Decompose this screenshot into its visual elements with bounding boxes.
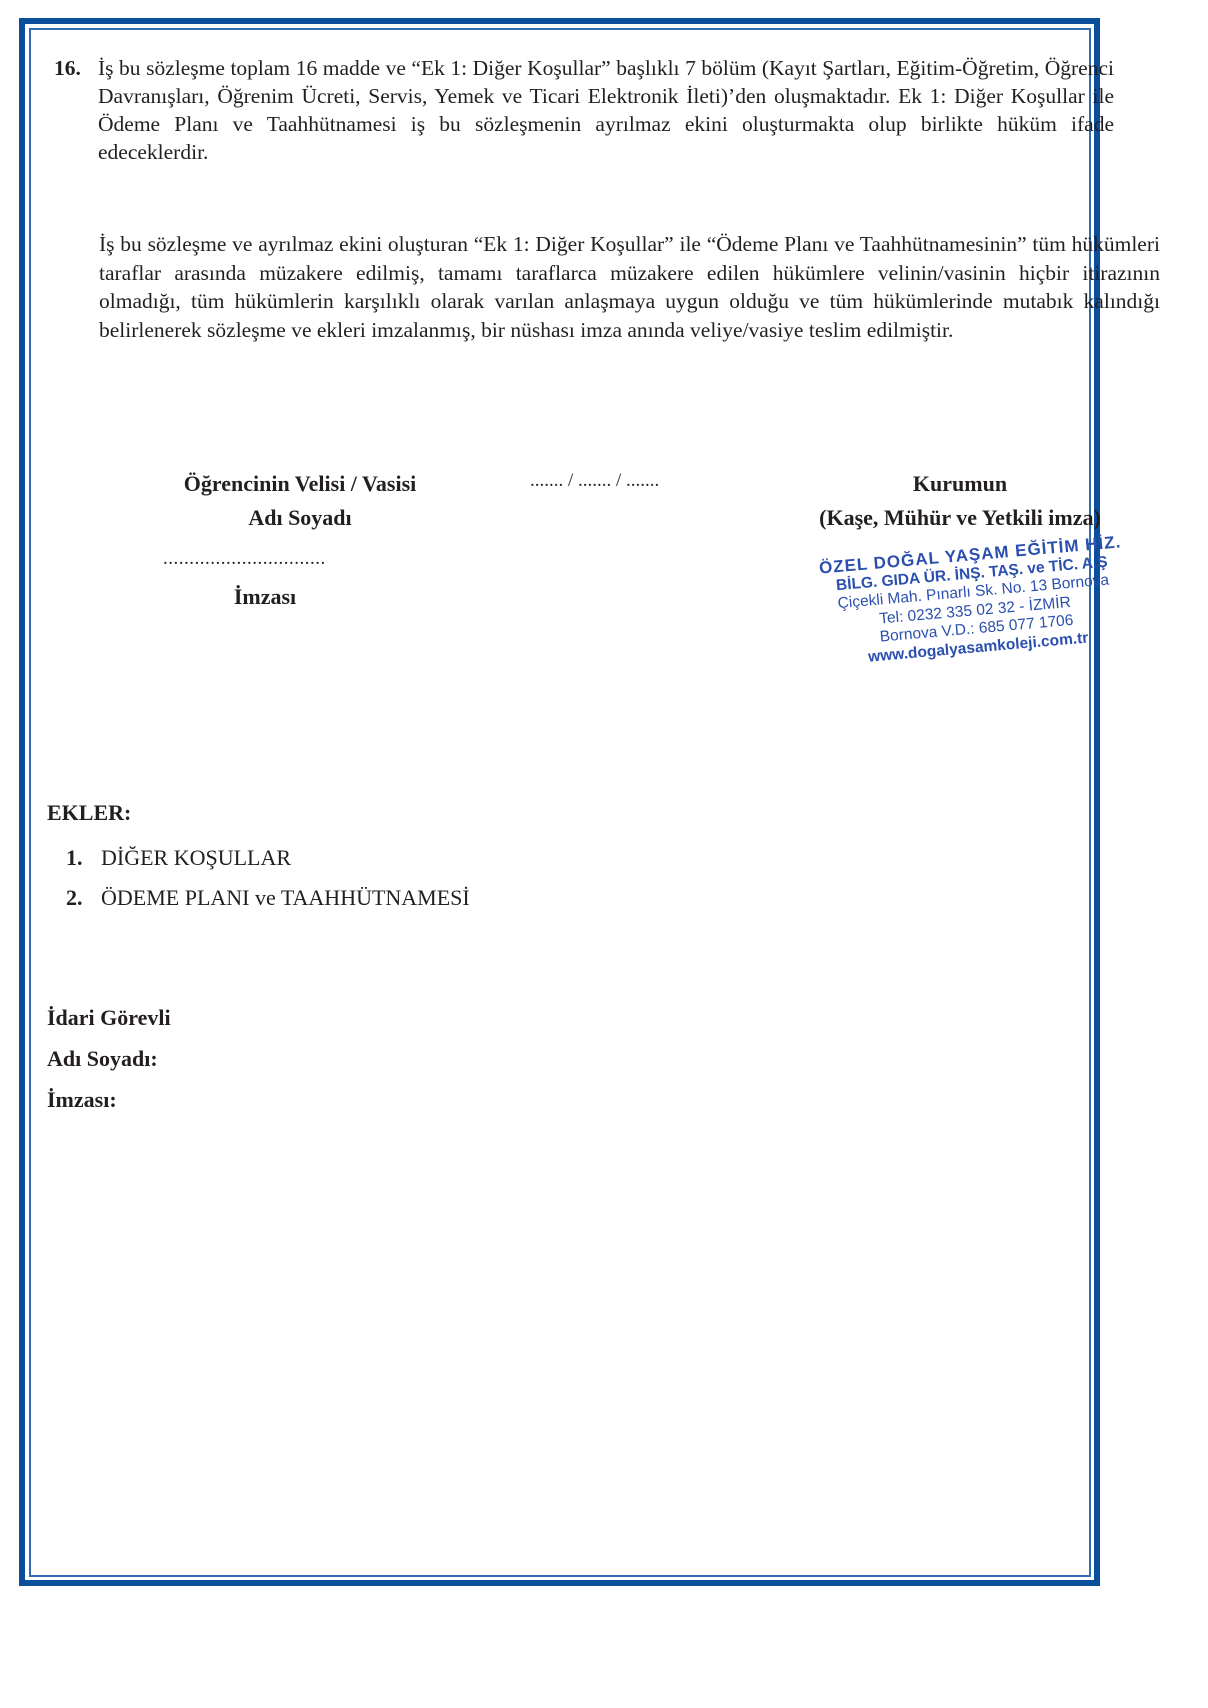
institution-signature-block: Kurumun (Kaşe, Mühür ve Yetkili imza) <box>770 467 1150 535</box>
institution-title: Kurumun <box>770 467 1150 501</box>
attachment-label: DİĞER KOŞULLAR <box>101 845 291 870</box>
officer-title: İdari Görevli <box>47 997 171 1038</box>
attachments-list: 1.DİĞER KOŞULLAR 2.ÖDEME PLANI ve TAAHHÜ… <box>66 838 470 918</box>
attachment-item: 1.DİĞER KOŞULLAR <box>66 838 470 878</box>
institution-subtitle: (Kaşe, Mühür ve Yetkili imza) <box>770 501 1150 535</box>
closing-paragraph: İş bu sözleşme ve ayrılmaz ekini oluştur… <box>99 230 1160 344</box>
officer-block: İdari Görevli Adı Soyadı: İmzası: <box>47 997 171 1120</box>
guardian-signature-label: İmzası <box>165 584 365 610</box>
guardian-name-label: Adı Soyadı <box>110 501 490 535</box>
attachment-number: 1. <box>66 838 101 878</box>
date-blank: ....... / ....... / ....... <box>530 470 659 492</box>
attachment-number: 2. <box>66 878 101 918</box>
guardian-title: Öğrencinin Velisi / Vasisi <box>110 467 490 501</box>
clause-number: 16. <box>54 54 81 82</box>
officer-signature-label: İmzası: <box>47 1079 171 1120</box>
guardian-signature-block: Öğrencinin Velisi / Vasisi Adı Soyadı <box>110 467 490 535</box>
guardian-name-blank: ............................... <box>163 548 326 570</box>
attachments-title: EKLER: <box>47 800 131 826</box>
clause-text: İş bu sözleşme toplam 16 madde ve “Ek 1:… <box>98 54 1114 166</box>
officer-name-label: Adı Soyadı: <box>47 1038 171 1079</box>
attachment-label: ÖDEME PLANI ve TAAHHÜTNAMESİ <box>101 885 470 910</box>
attachment-item: 2.ÖDEME PLANI ve TAAHHÜTNAMESİ <box>66 878 470 918</box>
